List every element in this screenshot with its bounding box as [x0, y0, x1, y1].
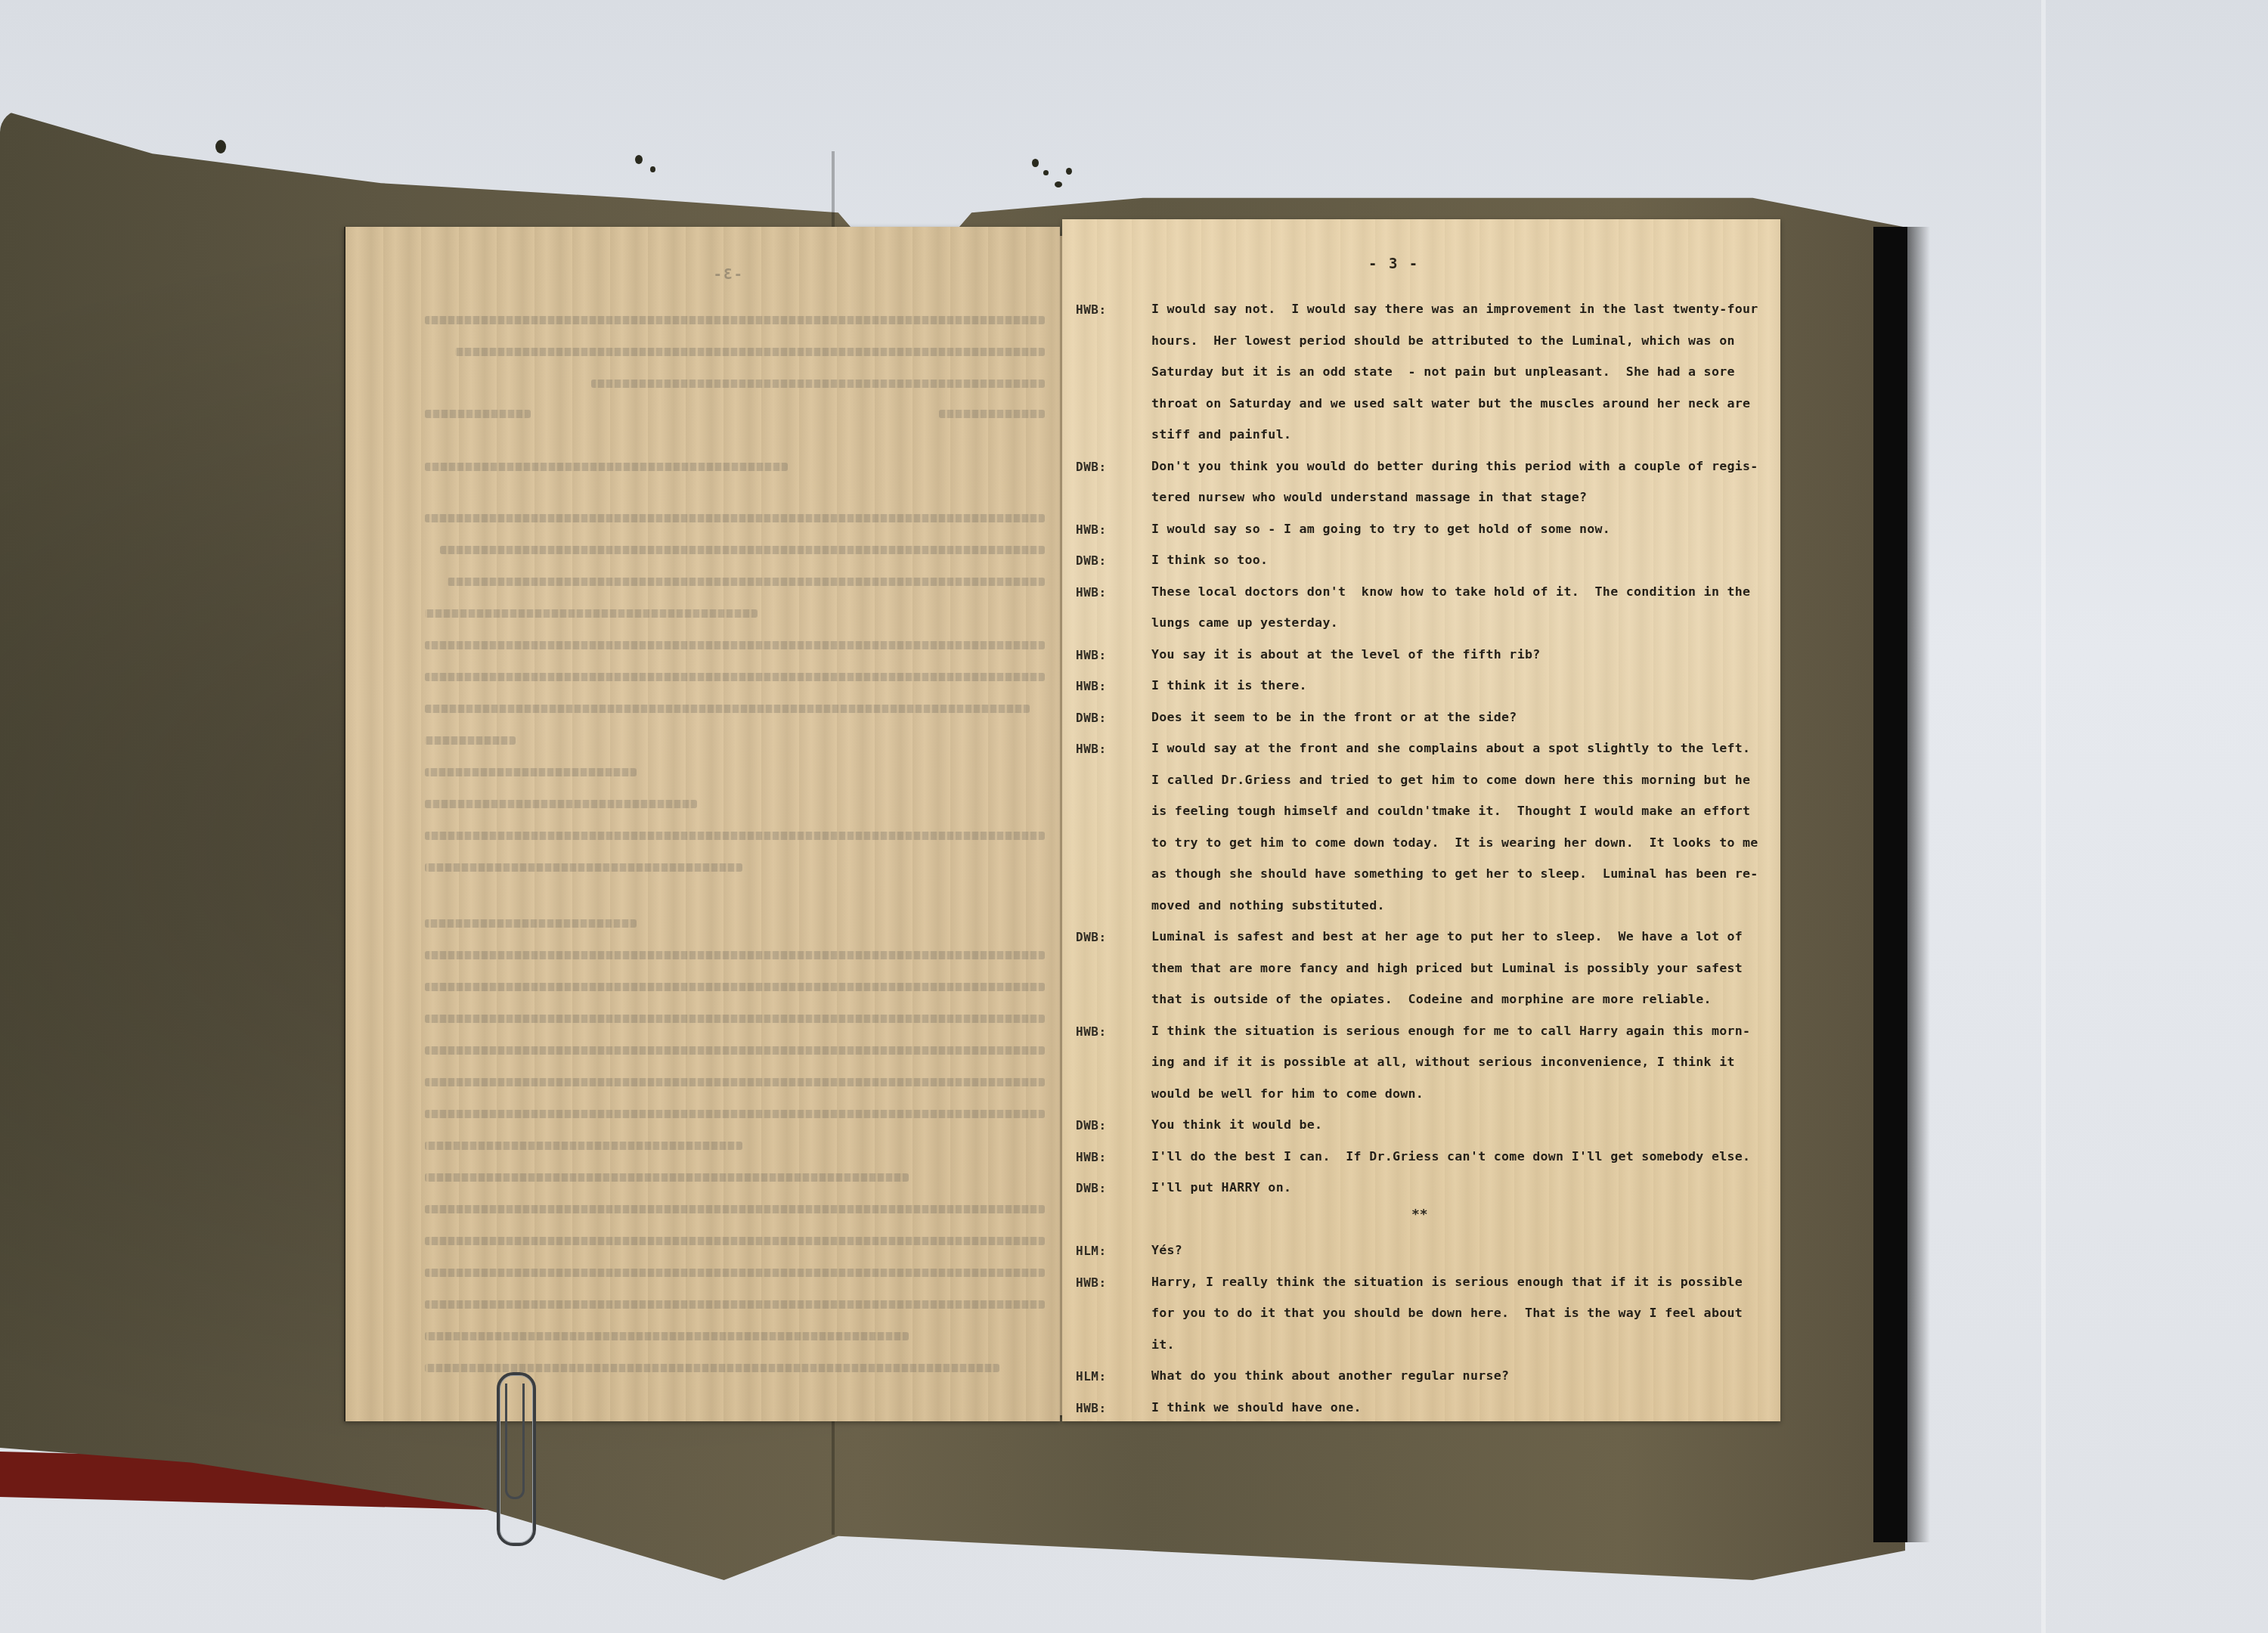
transcript-line: stiff and painful. [1151, 427, 1291, 442]
speaker-label: HWB: [1076, 1401, 1107, 1415]
transcript-line: Saturday but it is an odd state - not pa… [1151, 364, 1735, 379]
ghost-line [425, 800, 697, 808]
transcript-line: You say it is about at the level of the … [1151, 647, 1541, 662]
speaker-label: DWB: [1076, 1118, 1107, 1133]
paperclip-inner-loop [505, 1384, 525, 1499]
speaker-label: HWB: [1076, 302, 1107, 317]
ghost-line [425, 1300, 1045, 1309]
ghost-line [425, 410, 531, 418]
transcript-line: to try to get him to come down today. It… [1151, 835, 1758, 850]
ghost-line [425, 514, 1045, 522]
transcript-line: I think we should have one. [1151, 1400, 1362, 1415]
speaker-label: DWB: [1076, 711, 1107, 725]
ghost-line [425, 1078, 1045, 1086]
left-page: -3- [344, 227, 1060, 1421]
transcript-line: moved and nothing substituted. [1151, 898, 1385, 913]
mold-spot [215, 140, 226, 153]
transcript-line: that is outside of the opiates. Codeine … [1151, 992, 1712, 1006]
transcript-line: hours. Her lowest period should be attri… [1151, 333, 1735, 348]
transcript-line: as though she should have something to g… [1151, 866, 1758, 881]
ghost-line [425, 768, 637, 776]
ghost-line [448, 578, 1045, 586]
transcript-line: Don't you think you would do better duri… [1151, 459, 1758, 473]
transcript-line: it. [1151, 1337, 1175, 1352]
ghost-line [425, 983, 1045, 991]
transcript-line: I'll do the best I can. If Dr.Griess can… [1151, 1149, 1750, 1164]
speaker-label: DWB: [1076, 1181, 1107, 1195]
mold-spot [1032, 159, 1039, 167]
ghost-line [425, 463, 788, 471]
ghost-line [591, 380, 1045, 388]
mold-spot [650, 166, 655, 172]
transcript-line: I called Dr.Griess and tried to get him … [1151, 773, 1750, 787]
ghost-line [425, 609, 758, 618]
ghost-line [425, 832, 1045, 840]
ghost-line [425, 641, 1045, 649]
speaker-label: DWB: [1076, 553, 1107, 568]
book-edge-shadow [1873, 227, 1907, 1542]
transcript-line: These local doctors don't know how to ta… [1151, 584, 1750, 599]
ghost-line [455, 348, 1045, 356]
ghost-line [425, 705, 1030, 713]
speaker-label: HWB: [1076, 679, 1107, 693]
ghost-line [425, 1015, 1045, 1023]
speaker-label: HWB: [1076, 522, 1107, 537]
ghost-line [425, 1269, 1045, 1277]
backdrop-crease [2041, 0, 2046, 1633]
mold-spot [1055, 181, 1062, 187]
left-page-number: -3- [712, 266, 742, 283]
transcript-line: I think the situation is serious enough … [1151, 1024, 1750, 1038]
speaker-label: HWB: [1076, 742, 1107, 756]
speaker-label: HLM: [1076, 1244, 1107, 1258]
transcript-line: You think it would be. [1151, 1117, 1322, 1132]
transcript-line: Luminal is safest and best at her age to… [1151, 929, 1743, 944]
speaker-label: HLM: [1076, 1369, 1107, 1384]
transcript-line: for you to do it that you should be down… [1151, 1306, 1743, 1320]
left-page-show-through: -3- [345, 227, 1060, 1421]
transcript-line: them that are more fancy and high priced… [1151, 961, 1743, 975]
ghost-line [425, 863, 742, 872]
speaker-label: HWB: [1076, 585, 1107, 600]
transcript-line: I think it is there. [1151, 678, 1307, 693]
right-page: - 3 - HWB:I would say not. I would say t… [1062, 219, 1780, 1421]
transcript-line: lungs came up yesterday. [1151, 615, 1338, 630]
speaker-label: DWB: [1076, 930, 1107, 944]
speaker-label: HWB: [1076, 1024, 1107, 1039]
mold-spot [1043, 170, 1049, 175]
ghost-line [939, 410, 1045, 418]
ghost-line [425, 1205, 1045, 1213]
speaker-label: HWB: [1076, 1275, 1107, 1290]
speaker-label: HWB: [1076, 1150, 1107, 1164]
ghost-line [425, 1364, 999, 1372]
transcript-line: Does it seem to be in the front or at th… [1151, 710, 1517, 724]
transcript-line: What do you think about another regular … [1151, 1368, 1509, 1383]
ghost-line [425, 316, 1045, 324]
ghost-line [425, 1110, 1045, 1118]
transcript-line: Yés? [1151, 1243, 1182, 1257]
transcript-line: I would say not. I would say there was a… [1151, 302, 1758, 316]
ghost-line [425, 1142, 742, 1150]
transcript-line: I would say so - I am going to try to ge… [1151, 522, 1610, 536]
transcript-line: would be well for him to come down. [1151, 1086, 1424, 1101]
ghost-line [425, 1332, 909, 1340]
ghost-line [425, 673, 1045, 681]
book-edge-shadow-soft [1907, 227, 1930, 1542]
ghost-line [425, 1173, 909, 1182]
transcript-line: ing and if it is possible at all, withou… [1151, 1055, 1735, 1069]
right-page-number: - 3 - [1368, 256, 1419, 272]
ghost-line [425, 951, 1045, 959]
ghost-line [425, 919, 637, 928]
transcript-line: is feeling tough himself and couldn'tmak… [1151, 804, 1750, 818]
speaker-label: DWB: [1076, 460, 1107, 474]
speaker-label: HWB: [1076, 648, 1107, 662]
ghost-line [425, 736, 516, 745]
ghost-line [425, 1237, 1045, 1245]
transcript-line: throat on Saturday and we used salt wate… [1151, 396, 1750, 411]
transcript-line: Harry, I really think the situation is s… [1151, 1275, 1743, 1289]
transcript-line: tered nursew who would understand massag… [1151, 490, 1587, 504]
ghost-line [440, 546, 1045, 554]
mold-spot [1066, 168, 1072, 175]
transcript-line: I think so too. [1151, 553, 1268, 567]
ghost-line [425, 1046, 1045, 1055]
transcript-line: I'll put HARRY on. [1151, 1180, 1291, 1195]
mold-spot [635, 155, 643, 164]
transcript-line: I would say at the front and she complai… [1151, 741, 1750, 755]
section-separator: ** [1411, 1207, 1428, 1222]
